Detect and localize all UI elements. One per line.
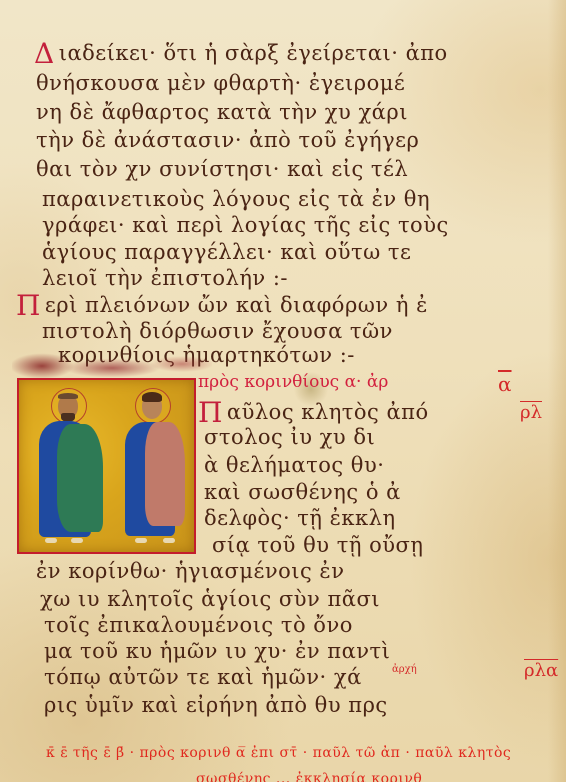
text-line: τὴν δὲ ἀνάστασιν· ἀπὸ τοῦ ἐγήγερ — [36, 127, 419, 153]
feet — [135, 538, 147, 543]
text-line: ἁγίους παραγγέλλει· καὶ οὕτω τε — [42, 239, 411, 265]
rubricated-initial: Π — [16, 293, 41, 319]
left-apostle-figure — [35, 388, 105, 548]
text-line: ρις ὑμῖν καὶ εἰρήνη ἀπὸ θυ πρς — [44, 692, 388, 718]
feet — [163, 538, 175, 543]
hair — [142, 392, 162, 402]
feet — [45, 538, 57, 543]
text-line: καὶ σωσθένης ὁ ἀ — [204, 479, 401, 505]
text-line: Παῦλος κλητὸς ἀπό — [198, 399, 429, 426]
text-line: χω ιυ κλητοῖς ἁγίοις σὺν πᾶσι — [40, 586, 380, 612]
text-line: πιστολὴ διόρθωσιν ἔχουσα τῶν — [42, 318, 393, 344]
feet — [71, 538, 83, 543]
margin-note-alpha: α — [498, 372, 512, 396]
text-line: τοῖς ἐπικαλουμένοις τὸ ὄνο — [44, 612, 353, 638]
margin-note-rho-lambda-alpha: ρλα — [524, 660, 558, 681]
rubricated-initial: Π — [198, 400, 223, 426]
green-himation — [57, 424, 103, 532]
right-apostle-figure — [123, 388, 189, 548]
rubric-title: πρὸς κορινθίους α· ἀρ — [198, 372, 388, 392]
text-line: στολος ἰυ χυ δι — [204, 424, 375, 450]
miniature-apostles — [17, 378, 196, 554]
damaged-area — [12, 342, 212, 382]
text-line: παραινετικοὺς λόγους εἰς τὰ ἐν θη — [42, 186, 430, 212]
text-line: θαι τὸν χν συνίστησι· καὶ εἰς τέλ — [36, 156, 408, 182]
text-line: μα τοῦ κυ ἡμῶν ιυ χυ· ἐν παντὶ — [44, 638, 390, 664]
text-line: σίᾳ τοῦ θυ τῇ οὔσῃ — [212, 532, 423, 558]
rubricated-initial: Δ — [34, 41, 55, 67]
interlinear-note: ἀρχή — [392, 664, 417, 675]
hair — [58, 393, 78, 399]
footer-rubric-line: σωσθένης ... ἐκκλησία κορινθ — [196, 770, 422, 782]
text-line: Περὶ πλειόνων ὤν καὶ διαφόρων ἡ ἐ — [16, 292, 428, 319]
text-line: γράφει· καὶ περὶ λογίας τῆς εἰς τοὺς — [42, 212, 449, 238]
text-line: θνήσκουσα μὲν φθαρτὴ· ἐγειρομέ — [36, 70, 405, 96]
text-line: λειοῖ τὴν ἐπιστολήν :- — [42, 265, 288, 291]
text-line: τόπῳ αὐτῶν τε καὶ ἡμῶν· χά — [44, 664, 362, 690]
text-line: νη δὲ ἄφθαρτος κατὰ τὴν χυ χάρι — [36, 99, 408, 125]
text-line: δελφὸς· τῇ ἐκκλη — [204, 505, 396, 531]
footer-rubric-line: κ̄ ε̄ τῆς ε̄ β̄ · πρὸς κορινθ α̅ ἐπι στ̄… — [46, 744, 511, 762]
text-line: Διαδείκει· ὅτι ἡ σὰρξ ἐγείρεται· ἀπο — [34, 40, 448, 67]
rose-himation — [145, 422, 185, 526]
text-line: ἐν κορίνθω· ἡγιασμένοις ἐν — [36, 558, 344, 584]
margin-note-rho-lambda: ρλ — [520, 402, 542, 423]
text-line: ὰ θελήματος θυ· — [204, 452, 384, 478]
manuscript-page: Διαδείκει· ὅτι ἡ σὰρξ ἐγείρεται· ἀπο θνή… — [0, 0, 566, 782]
